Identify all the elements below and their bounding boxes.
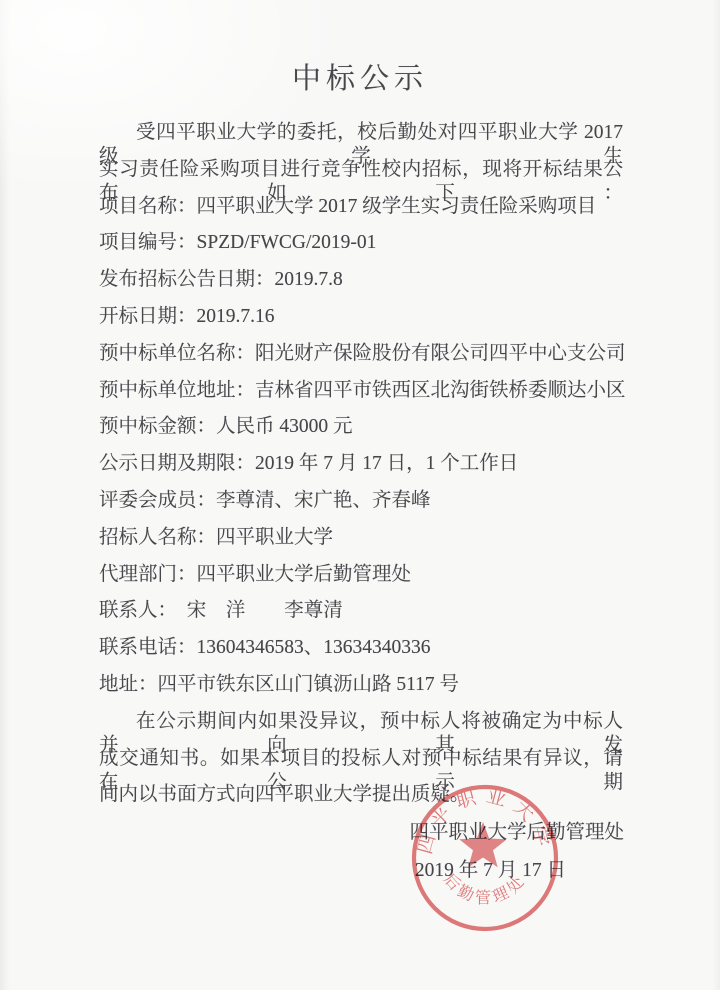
doc-line: 项目编号：SPZD/FWCG/2019-01	[99, 231, 623, 268]
doc-line: 项目名称：四平职业大学 2017 级学生实习责任险采购项目	[99, 195, 623, 232]
doc-line: 招标人名称：四平职业大学	[99, 526, 623, 563]
document-body: 受四平职业大学的委托，校后勤处对四平职业大学 2017 级学生实习责任险采购项目…	[99, 121, 623, 820]
doc-line: 联系人： 宋 洋 李尊清	[99, 599, 623, 636]
doc-line: 预中标金额：人民币 43000 元	[99, 415, 623, 452]
signature-org: 四平职业大学后勤管理处	[409, 816, 624, 844]
doc-line: 成交通知书。如果本项目的投标人对预中标结果有异议，请在公示期	[99, 747, 623, 784]
doc-line: 预中标单位名称：阳光财产保险股份有限公司四平中心支公司	[99, 342, 623, 379]
doc-line: 地址：四平市铁东区山门镇沥山路 5117 号	[99, 673, 623, 710]
signature-date: 2019 年 7 月 17 日	[415, 854, 566, 882]
doc-line: 实习责任险采购项目进行竞争性校内招标，现将开标结果公布如下：	[99, 158, 623, 195]
doc-line: 公示日期及期限：2019 年 7 月 17 日，1 个工作日	[99, 452, 623, 489]
scanned-document-page: 中标公示 受四平职业大学的委托，校后勤处对四平职业大学 2017 级学生实习责任…	[0, 0, 720, 990]
doc-line: 在公示期间内如果没异议，预中标人将被确定为中标人并向其发	[99, 710, 623, 747]
doc-line: 联系电话：13604346583、13634340336	[99, 636, 623, 673]
doc-line: 开标日期：2019.7.16	[99, 305, 623, 342]
doc-line: 受四平职业大学的委托，校后勤处对四平职业大学 2017 级学生	[99, 121, 623, 158]
doc-line: 代理部门：四平职业大学后勤管理处	[99, 563, 623, 600]
doc-line: 预中标单位地址：吉林省四平市铁西区北沟街铁桥委顺达小区	[99, 379, 623, 416]
doc-line: 发布招标公告日期：2019.7.8	[99, 268, 623, 305]
document-title: 中标公示	[0, 56, 720, 97]
doc-line: 评委会成员：李尊清、宋广艳、齐春峰	[99, 489, 623, 526]
